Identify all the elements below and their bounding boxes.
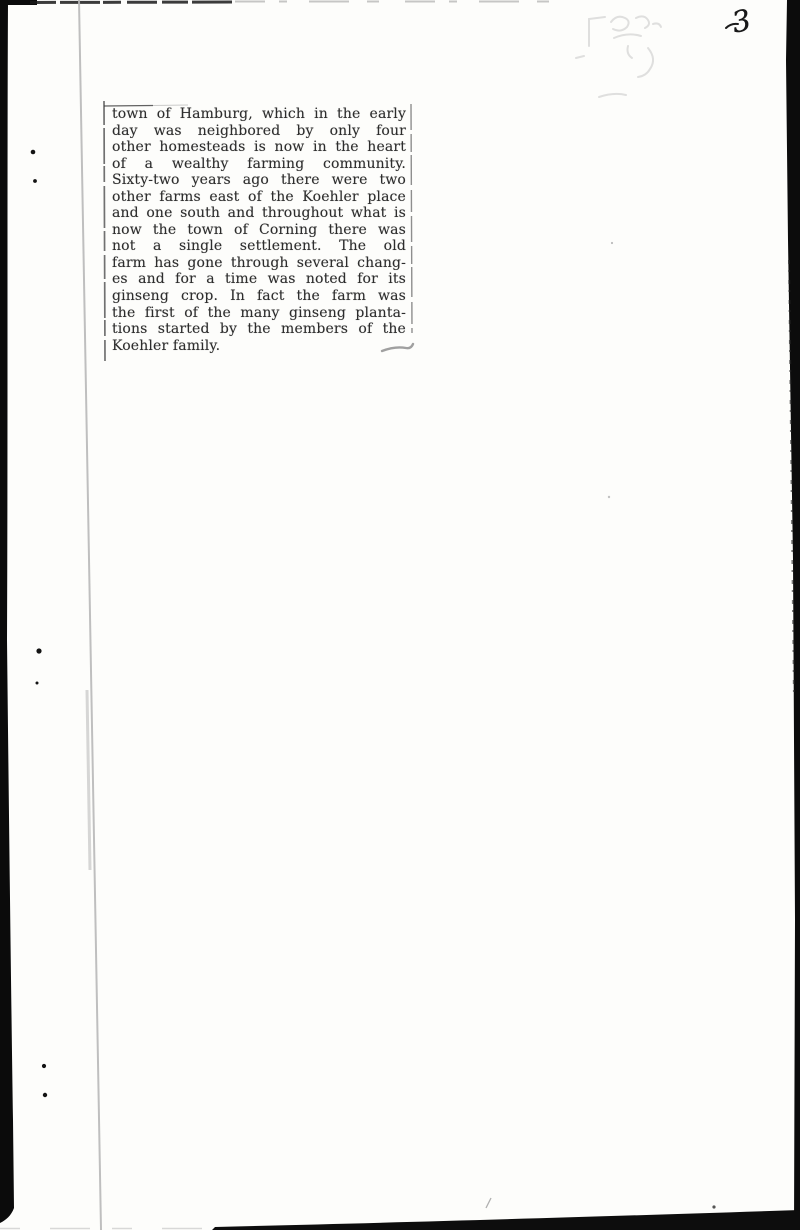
- fold-line: [79, 0, 101, 1230]
- scanned-page: town of Hamburg, which in the earlyday w…: [0, 0, 800, 1230]
- right-scanner-edge: [786, 0, 800, 1230]
- clipping-text-line: town of Hamburg, which in the early: [112, 106, 406, 123]
- ink-dots: [31, 150, 48, 1098]
- left-scanner-edge: [0, 0, 14, 1223]
- clipping-text-line: day was neighbored by only four: [112, 123, 406, 140]
- handwritten-page-number: 3: [729, 2, 754, 39]
- clipping-text-line: tions started by the members of the: [112, 321, 406, 338]
- clipping-text-line: farm has gone through several chang-: [112, 255, 406, 272]
- clipping-text: town of Hamburg, which in the earlyday w…: [112, 106, 406, 354]
- top-edge-line-dark: [30, 2, 235, 3]
- clipping-text-line: now the town of Corning there was: [112, 222, 406, 239]
- fold-line-thick-spot: [87, 690, 90, 870]
- stray-specks: [486, 242, 716, 1209]
- right-edge-speckle: [789, 260, 794, 700]
- clipping-text-line: other farms east of the Koehler place: [112, 189, 406, 206]
- clipping-text-line: Koehler family.: [112, 338, 406, 355]
- clipping-text-line: other homesteads is now in the heart: [112, 139, 406, 156]
- clipping-text-line: of a wealthy farming community.: [112, 156, 406, 173]
- top-edge-corner: [0, 0, 37, 5]
- clipping-text-line: Sixty-two years ago there were two: [112, 172, 406, 189]
- ghost-stamp: [576, 16, 661, 97]
- clipping-text-line: not a single settlement. The old: [112, 238, 406, 255]
- clipping-text-line: the first of the many ginseng planta-: [112, 305, 406, 322]
- clipping-text-line: and one south and throughout what is: [112, 205, 406, 222]
- clipping-text-line: es and for a time was noted for its: [112, 271, 406, 288]
- clipping-text-line: ginseng crop. In fact the farm was: [112, 288, 406, 305]
- newspaper-clipping: town of Hamburg, which in the earlyday w…: [103, 100, 413, 366]
- bottom-scanner-edge: [212, 1210, 800, 1230]
